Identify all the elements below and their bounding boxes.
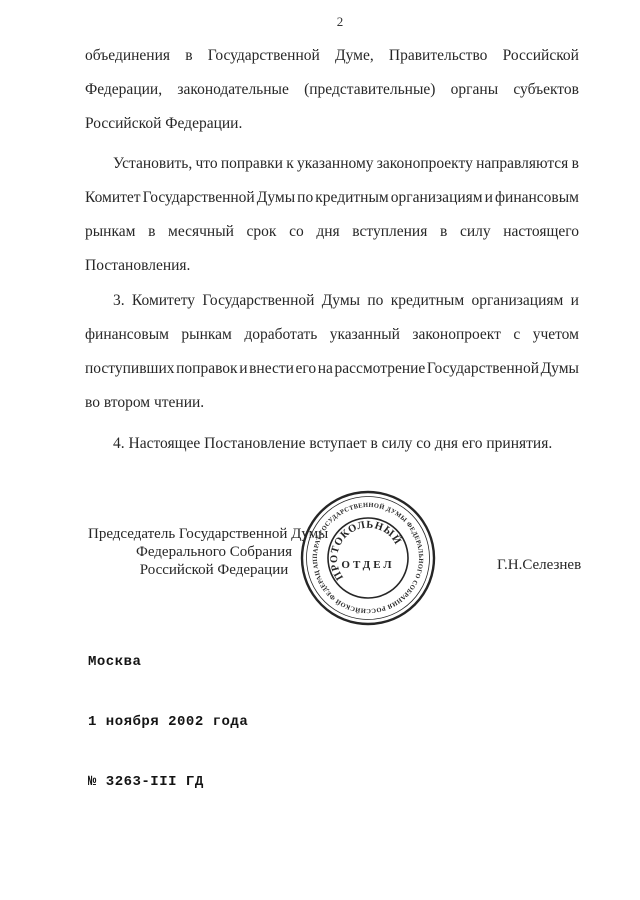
text-line: Постановления. [85,249,579,283]
text-line: 3.КомитетуГосударственнойДумыпокредитным… [85,284,579,318]
footer-city: Москва [88,652,248,672]
footer-block: Москва 1 ноября 2002 года № 3263-III ГД [88,612,248,832]
text-line: рынкамвмесячныйсроксоднявступлениявсилун… [85,215,579,249]
signature-title-line-2: Федерального Собрания [88,543,340,561]
text-line: во втором чтении. [85,386,579,420]
document-page: 2 объединениявГосударственнойДуме,Правит… [0,0,640,900]
text-line: Федерации,законодательные(представительн… [85,73,579,107]
signature-title-line-1: Председатель Государственной Думы [88,525,340,543]
page-number: 2 [330,14,350,30]
signature-title-line-3: Российской Федерации [88,561,340,579]
signature-title: Председатель Государственной Думы Федера… [88,525,340,579]
footer-date: 1 ноября 2002 года [88,712,248,732]
stamp-center-text: ОТДЕЛ [341,559,394,571]
text-line: финансовымрынкамдоработатьуказанныйзакон… [85,318,579,352]
paragraph-2: Установить,чтопоправкикуказанномузаконоп… [85,147,579,283]
text-line: Установить,чтопоправкикуказанномузаконоп… [85,147,579,181]
text-line: Российской Федерации. [85,107,579,141]
signature-name: Г.Н.Селезнев [497,556,581,574]
paragraph-3: 3.КомитетуГосударственнойДумыпокредитным… [85,284,579,420]
paragraph-4: 4. Настоящее Постановление вступает в си… [85,427,579,461]
text-line: поступившихпоправокивнестиегонарассмотре… [85,352,579,386]
text-line: 4. Настоящее Постановление вступает в си… [85,427,579,461]
paragraph-1: объединениявГосударственнойДуме,Правител… [85,39,579,141]
text-line: объединениявГосударственнойДуме,Правител… [85,39,579,73]
text-line: КомитетГосударственнойДумыпокредитныморг… [85,181,579,215]
footer-number: № 3263-III ГД [88,772,248,792]
